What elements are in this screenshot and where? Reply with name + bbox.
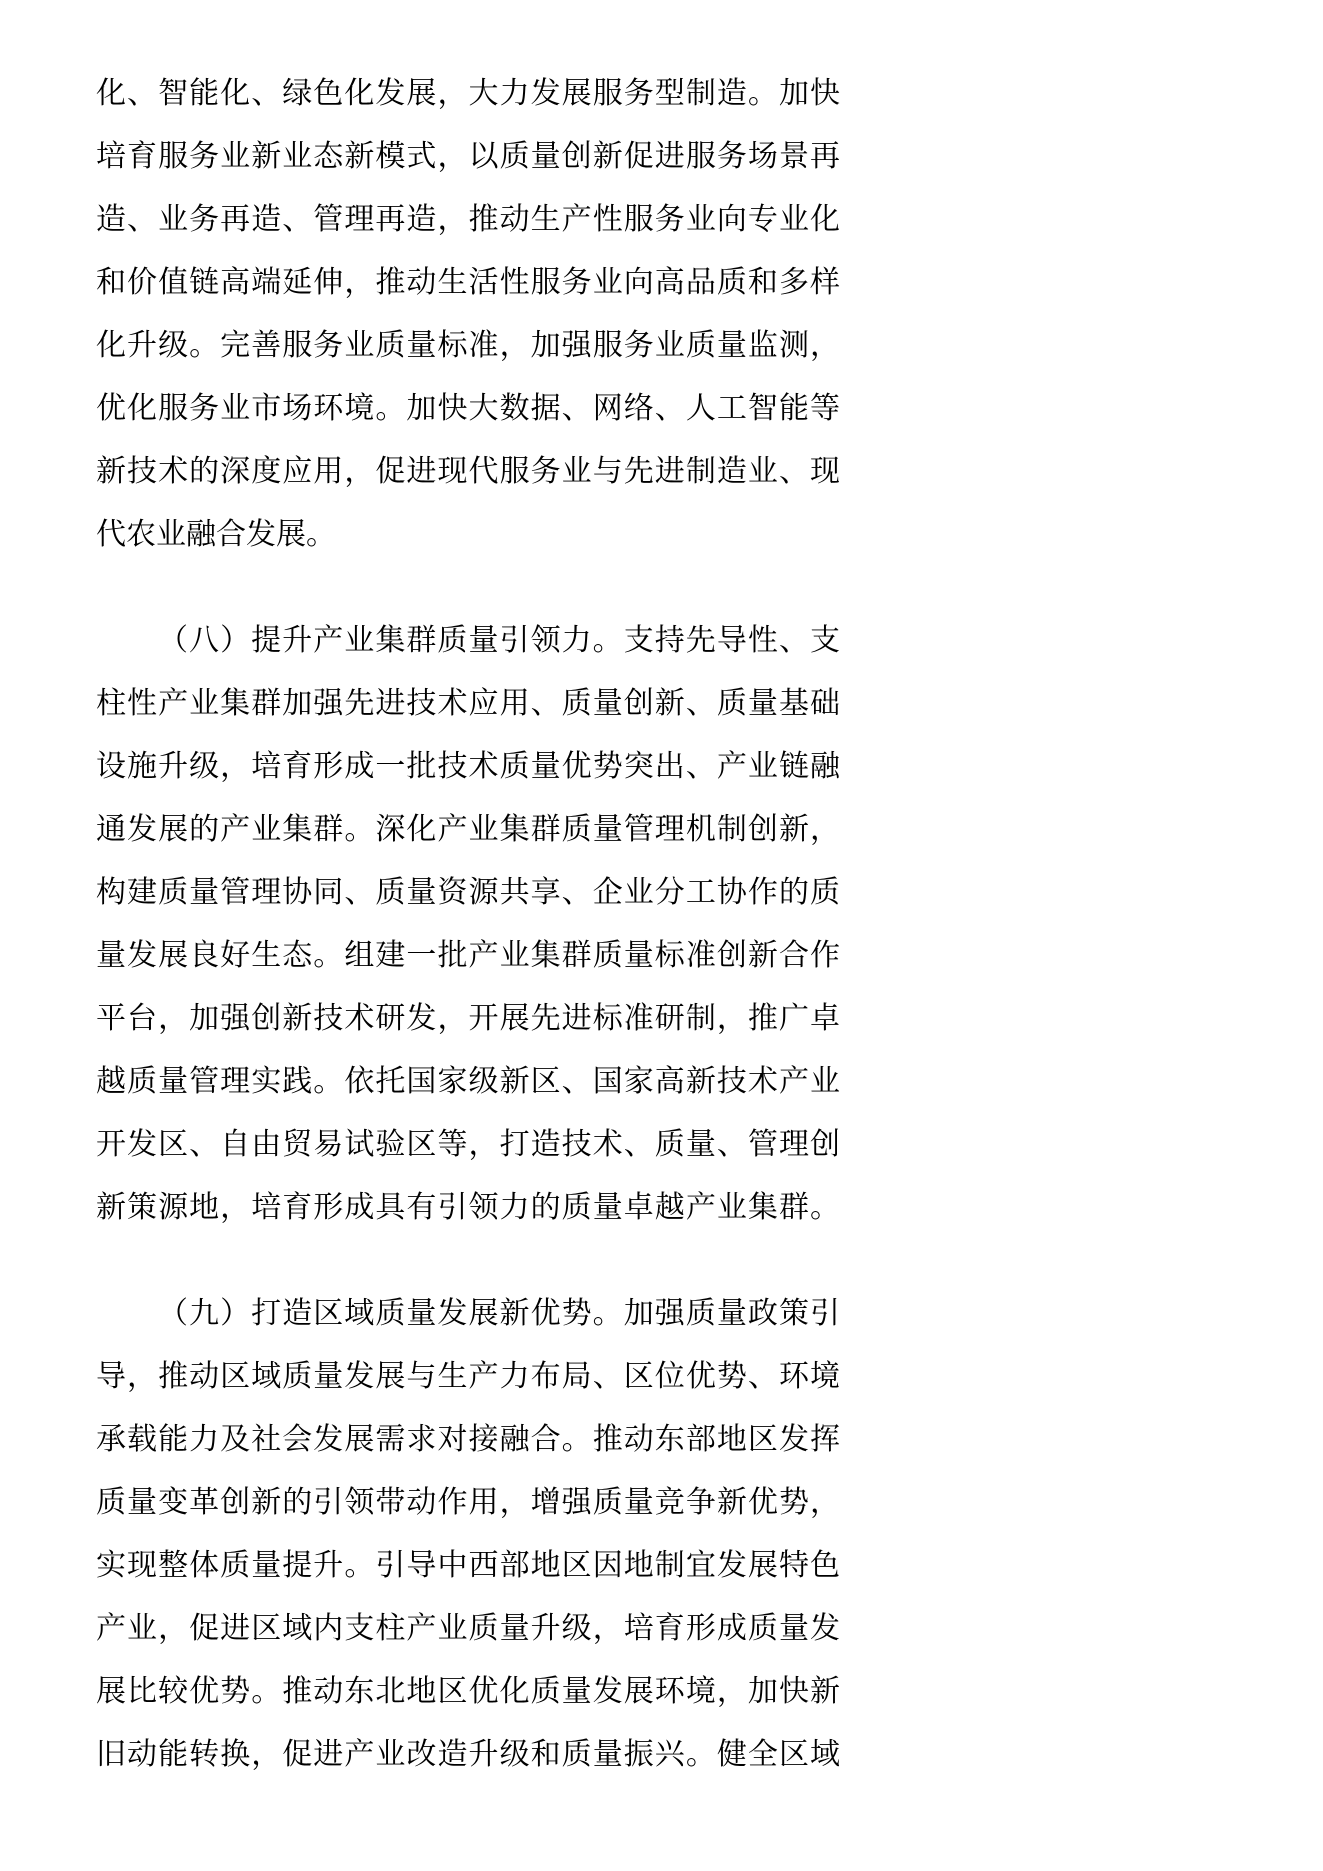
document-line: 柱性产业集群加强先进技术应用、质量创新、质量基础 xyxy=(96,672,840,735)
document-line: 实现整体质量提升。引导中西部地区因地制宜发展特色 xyxy=(96,1534,840,1597)
paragraph-item-9: （九）打造区域质量发展新优势。加强质量政策引导，推动区域质量发展与生产力布局、区… xyxy=(96,1282,840,1786)
document-line: 通发展的产业集群。深化产业集群质量管理机制创新， xyxy=(96,798,840,861)
document-line: 造、业务再造、管理再造，推动生产性服务业向专业化 xyxy=(96,188,840,251)
document-line: 优化服务业市场环境。加快大数据、网络、人工智能等 xyxy=(96,377,840,440)
document-line: 培育服务业新业态新模式，以质量创新促进服务场景再 xyxy=(96,125,840,188)
document-line: （九）打造区域质量发展新优势。加强质量政策引 xyxy=(96,1282,840,1345)
document-line: 旧动能转换，促进产业改造升级和质量振兴。健全区域 xyxy=(96,1723,840,1786)
document-page: 化、智能化、绿色化发展，大力发展服务型制造。加快培育服务业新业态新模式，以质量创… xyxy=(0,0,1323,1871)
document-line: 化、智能化、绿色化发展，大力发展服务型制造。加快 xyxy=(96,62,840,125)
document-line: 导，推动区域质量发展与生产力布局、区位优势、环境 xyxy=(96,1345,840,1408)
document-line: 展比较优势。推动东北地区优化质量发展环境，加快新 xyxy=(96,1660,840,1723)
document-line: 开发区、自由贸易试验区等，打造技术、质量、管理创 xyxy=(96,1113,840,1176)
document-line: （八）提升产业集群质量引领力。支持先导性、支 xyxy=(96,609,840,672)
document-line: 设施升级，培育形成一批技术质量优势突出、产业链融 xyxy=(96,735,840,798)
document-line: 质量变革创新的引领带动作用，增强质量竞争新优势， xyxy=(96,1471,840,1534)
document-line: 代农业融合发展。 xyxy=(96,503,840,566)
document-line: 和价值链高端延伸，推动生活性服务业向高品质和多样 xyxy=(96,251,840,314)
document-line: 平台，加强创新技术研发，开展先进标准研制，推广卓 xyxy=(96,987,840,1050)
document-line: 新技术的深度应用，促进现代服务业与先进制造业、现 xyxy=(96,440,840,503)
paragraph-continuation: 化、智能化、绿色化发展，大力发展服务型制造。加快培育服务业新业态新模式，以质量创… xyxy=(96,62,840,566)
document-line: 构建质量管理协同、质量资源共享、企业分工协作的质 xyxy=(96,861,840,924)
document-line: 化升级。完善服务业质量标准，加强服务业质量监测， xyxy=(96,314,840,377)
document-body: 化、智能化、绿色化发展，大力发展服务型制造。加快培育服务业新业态新模式，以质量创… xyxy=(96,62,840,1786)
document-line: 量发展良好生态。组建一批产业集群质量标准创新合作 xyxy=(96,924,840,987)
document-line: 产业，促进区域内支柱产业质量升级，培育形成质量发 xyxy=(96,1597,840,1660)
document-line: 越质量管理实践。依托国家级新区、国家高新技术产业 xyxy=(96,1050,840,1113)
document-line: 承载能力及社会发展需求对接融合。推动东部地区发挥 xyxy=(96,1408,840,1471)
paragraph-item-8: （八）提升产业集群质量引领力。支持先导性、支柱性产业集群加强先进技术应用、质量创… xyxy=(96,609,840,1239)
document-line: 新策源地，培育形成具有引领力的质量卓越产业集群。 xyxy=(96,1176,840,1239)
